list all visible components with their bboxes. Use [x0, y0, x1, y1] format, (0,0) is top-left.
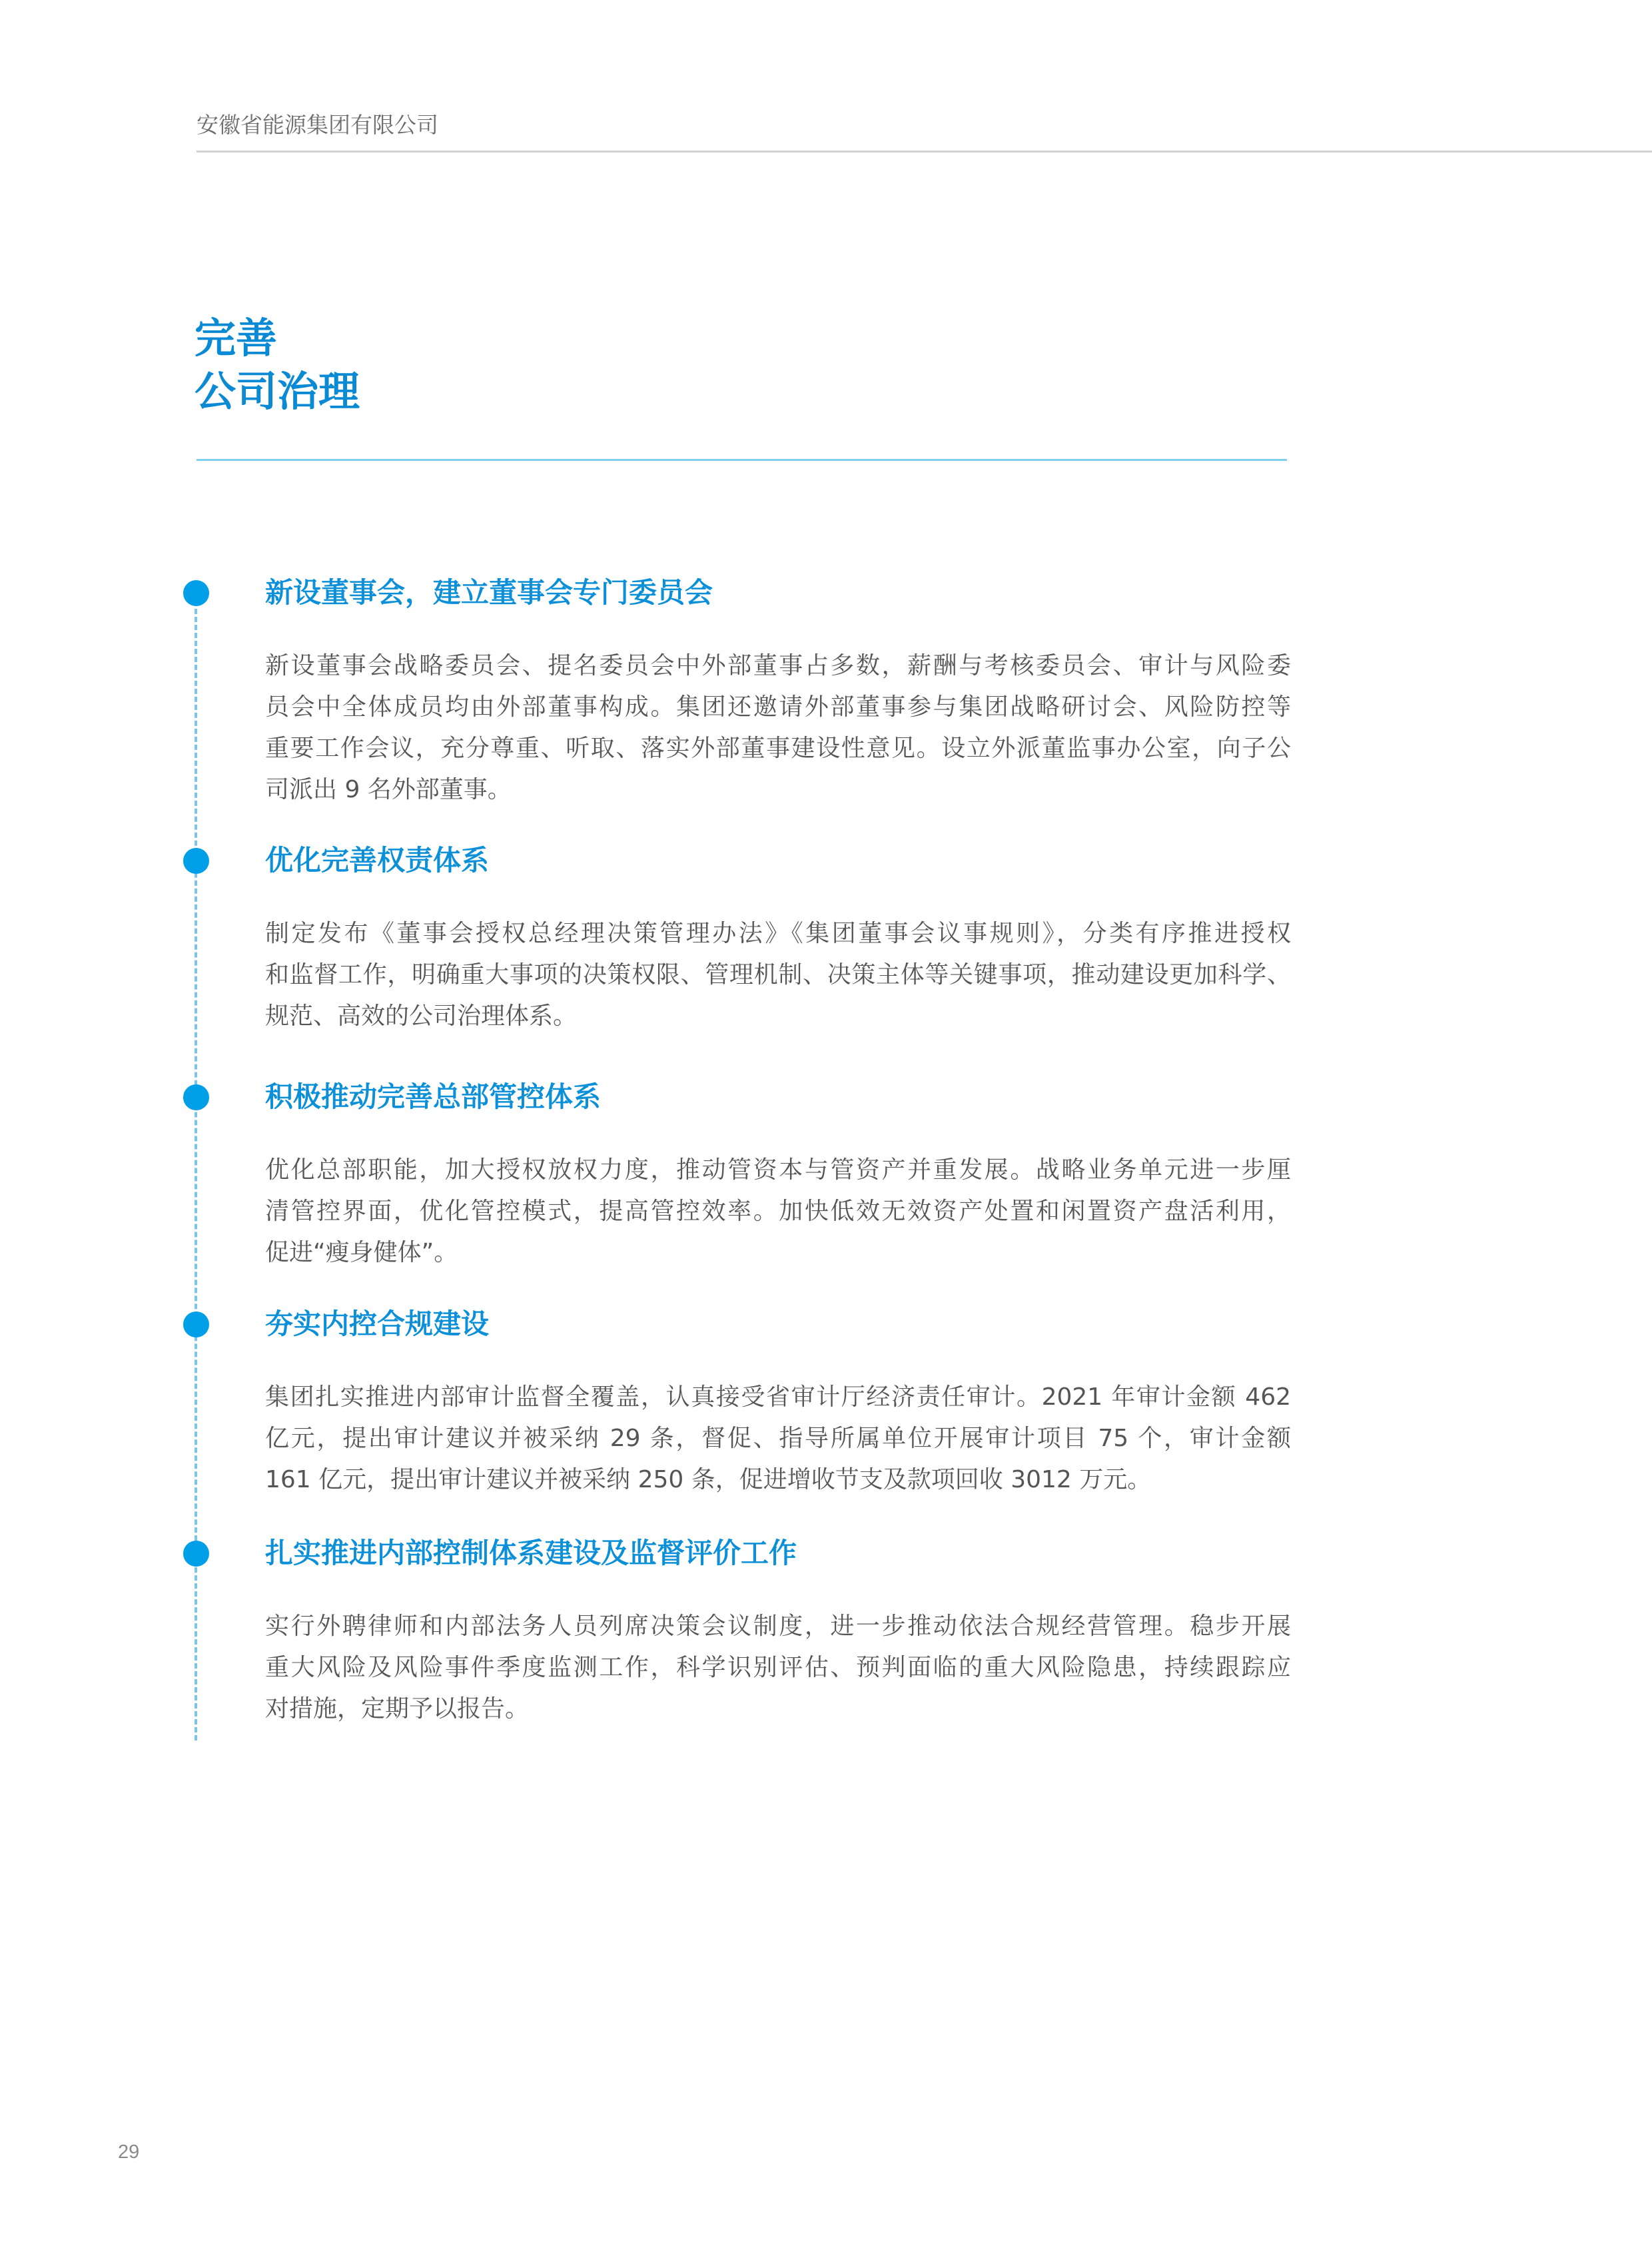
bullet-dot-icon	[183, 580, 209, 606]
body-line: 重大风险及风险事件季度监测工作，科学识别评估、预判面临的重大风险隐患，持续跟踪应	[265, 1647, 1291, 1688]
page-title: 完善 公司治理	[195, 312, 360, 418]
body-line: 员会中全体成员均由外部董事构成。集团还邀请外部董事参与集团战略研讨会、风险防控等	[265, 687, 1291, 728]
body-line: 和监督工作，明确重大事项的决策权限、管理机制、决策主体等关键事项，推动建设更加科…	[265, 954, 1291, 996]
section-body: 制定发布《董事会授权总经理决策管理办法》《集团董事会议事规则》，分类有序推进授权…	[265, 913, 1291, 1037]
body-line: 制定发布《董事会授权总经理决策管理办法》《集团董事会议事规则》，分类有序推进授权	[265, 913, 1291, 954]
bullet-dot-icon	[183, 1541, 209, 1567]
body-line: 新设董事会战略委员会、提名委员会中外部董事占多数，薪酬与考核委员会、审计与风险委	[265, 645, 1291, 687]
body-line: 161 亿元，提出审计建议并被采纳 250 条，促进增收节支及款项回收 3012…	[265, 1459, 1291, 1501]
body-line: 促进“瘦身健体”。	[265, 1232, 1291, 1274]
running-header-company-name: 安徽省能源集团有限公司	[197, 112, 438, 139]
section-body: 优化总部职能，加大授权放权力度，推动管资本与管资产并重发展。战略业务单元进一步厘…	[265, 1150, 1291, 1274]
section-heading: 新设董事会，建立董事会专门委员会	[265, 576, 713, 609]
section-heading: 夯实内控合规建设	[265, 1308, 489, 1341]
section-body: 实行外聘律师和内部法务人员列席决策会议制度，进一步推动依法合规经营管理。稳步开展…	[265, 1606, 1291, 1730]
bullet-dot-icon	[183, 1084, 209, 1110]
body-line: 规范、高效的公司治理体系。	[265, 996, 1291, 1037]
header-divider	[197, 151, 1652, 153]
page-number: 29	[118, 2141, 139, 2163]
body-line: 重要工作会议，充分尊重、听取、落实外部董事建设性意见。设立外派董监事办公室，向子…	[265, 728, 1291, 769]
section-heading: 优化完善权责体系	[265, 844, 489, 877]
body-line: 集团扎实推进内部审计监督全覆盖，认真接受省审计厅经济责任审计。2021 年审计金…	[265, 1377, 1291, 1418]
body-line: 实行外聘律师和内部法务人员列席决策会议制度，进一步推动依法合规经营管理。稳步开展	[265, 1606, 1291, 1647]
section-body: 新设董事会战略委员会、提名委员会中外部董事占多数，薪酬与考核委员会、审计与风险委…	[265, 645, 1291, 811]
page-title-line-2: 公司治理	[195, 365, 360, 418]
section-heading: 积极推动完善总部管控体系	[265, 1080, 601, 1114]
bullet-dot-icon	[183, 1311, 209, 1337]
body-line: 对措施，定期予以报告。	[265, 1688, 1291, 1730]
body-line: 清管控界面，优化管控模式，提高管控效率。加快低效无效资产处置和闲置资产盘活利用，	[265, 1191, 1291, 1232]
title-divider	[197, 459, 1287, 461]
bullet-dot-icon	[183, 848, 209, 874]
body-line: 优化总部职能，加大授权放权力度，推动管资本与管资产并重发展。战略业务单元进一步厘	[265, 1150, 1291, 1191]
body-line: 亿元，提出审计建议并被采纳 29 条，督促、指导所属单位开展审计项目 75 个，…	[265, 1418, 1291, 1459]
section-body: 集团扎实推进内部审计监督全覆盖，认真接受省审计厅经济责任审计。2021 年审计金…	[265, 1377, 1291, 1501]
page-title-line-1: 完善	[195, 312, 360, 365]
timeline-dashed-line	[195, 593, 197, 1740]
body-line: 司派出 9 名外部董事。	[265, 769, 1291, 811]
section-heading: 扎实推进内部控制体系建设及监督评价工作	[265, 1537, 797, 1570]
